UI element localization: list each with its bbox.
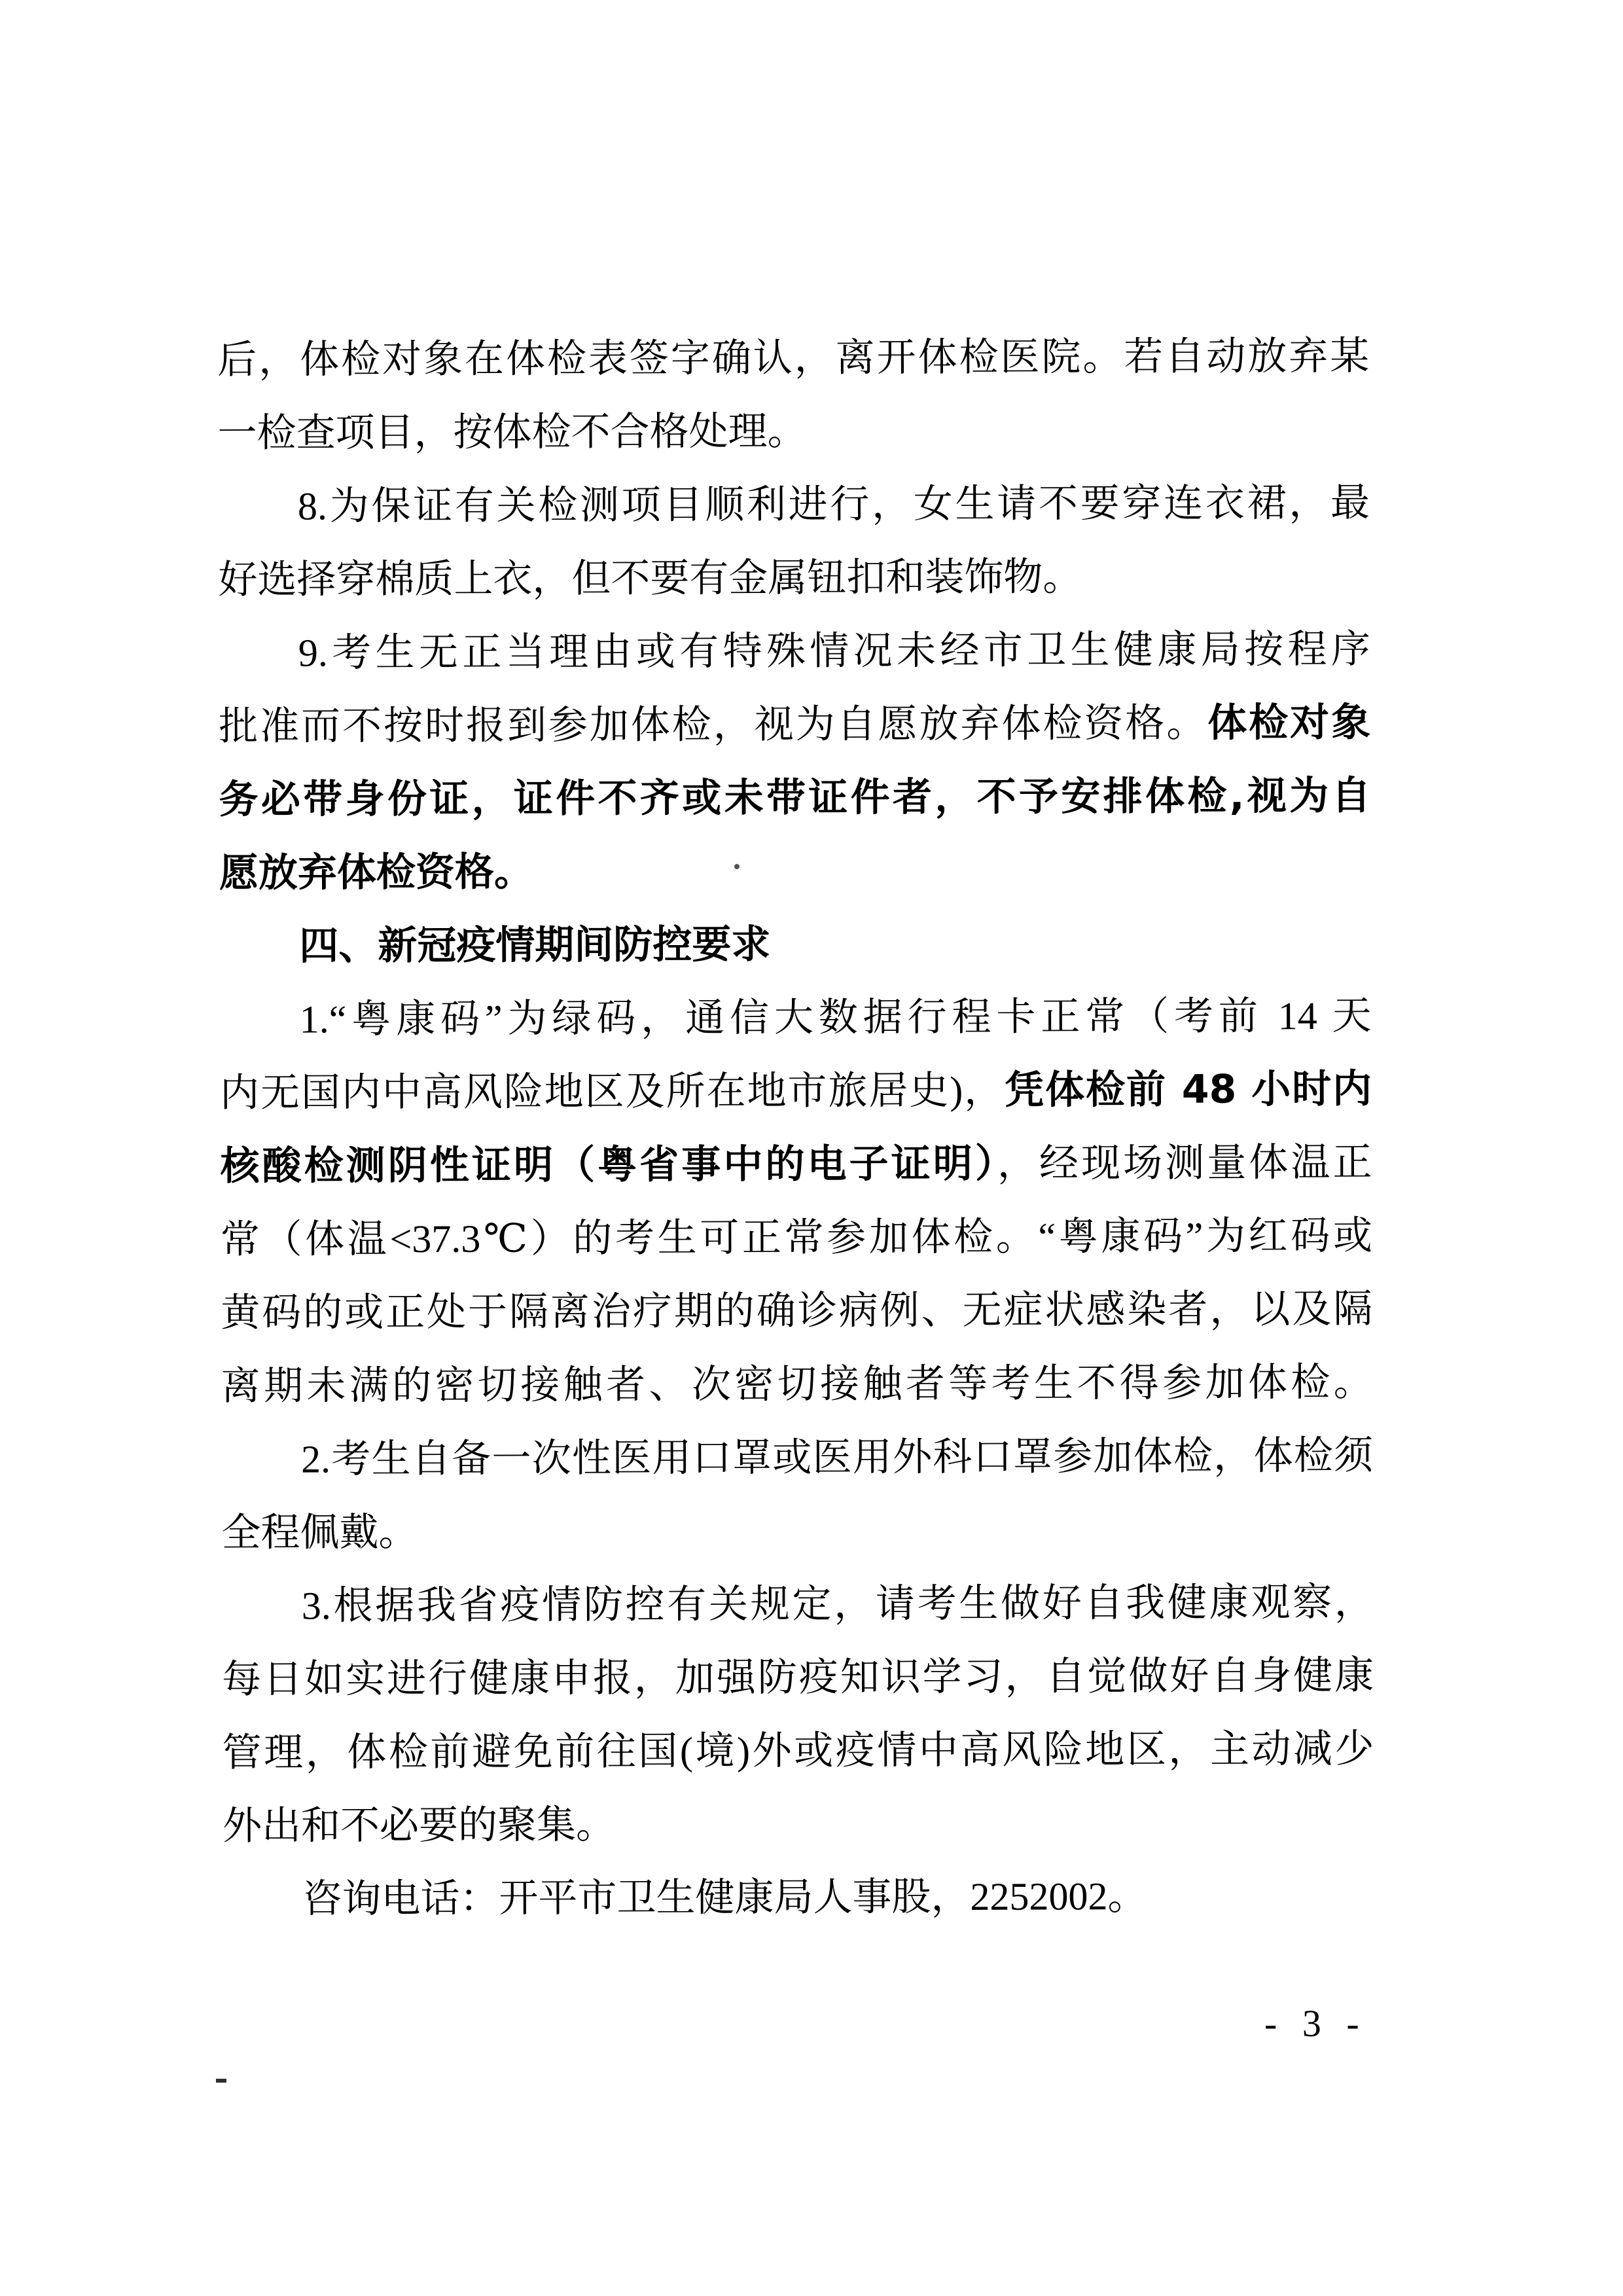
scan-artifact-dash [216, 2079, 226, 2083]
text-line: 务必带身份证，证件不齐或未带证件者，不予安排体检,视为自 [219, 759, 1370, 836]
text-segment: 全程佩戴。 [221, 1511, 418, 1554]
bold-text-segment: 凭体检前 48 小时内 [1005, 1066, 1372, 1113]
text-line: 管理，体检前避免前往国(境)外或疫情中高风险地区，主动减少 [222, 1712, 1374, 1789]
text-segment: 后，体检对象在体检表签字确认，离开体检医院。若自动放弃某 [217, 334, 1369, 382]
text-line: 黄码的或正处于隔离治疗期的确诊病例、无症状感染者，以及隔 [221, 1272, 1372, 1350]
text-line: 离期未满的密切接触者、次密切接触者等考生不得参加体检。 [221, 1346, 1372, 1423]
text-line: 好选择穿棉质上衣，但不要有金属钮扣和装饰物。 [218, 539, 1370, 617]
text-line: 后，体检对象在体检表签字确认，离开体检医院。若自动放弃某 [217, 319, 1369, 397]
bold-text-segment: 愿放弃体检资格。 [219, 849, 533, 896]
text-segment: 9.考生无正当理由或有特殊情况未经市卫生健康局按程序 [298, 628, 1370, 675]
text-segment: 2.考生自备一次性医用口罩或医用外科口罩参加体检，体检须 [301, 1434, 1373, 1481]
text-line: 2.考生自备一次性医用口罩或医用外科口罩参加体检，体检须 [221, 1419, 1373, 1496]
text-line: 9.考生无正当理由或有特殊情况未经市卫生健康局按程序 [219, 613, 1370, 690]
text-segment: 常（体温<37.3℃）的考生可正常参加体检。“粤康码”为红码或 [221, 1214, 1372, 1261]
text-line: 8.为保证有关检测项目顺利进行，女生请不要穿连衣裙，最 [218, 466, 1370, 543]
text-segment: 黄码的或正处于隔离治疗期的确诊病例、无症状感染者，以及隔 [221, 1287, 1372, 1335]
text-line: 四、新冠疫情期间防控要求 [219, 906, 1371, 983]
text-line: 一检查项目，按体检不合格处理。 [217, 393, 1369, 470]
bold-text-segment: 务必带身份证，证件不齐或未带证件者，不予安排体检,视为自 [219, 773, 1370, 823]
scanned-document-page: 后，体检对象在体检表签字确认，离开体检医院。若自动放弃某一检查项目，按体检不合格… [0, 0, 1623, 2296]
text-line: 咨询电话：开平市卫生健康局人事股，2252002。 [223, 1859, 1374, 1936]
text-line: 常（体温<37.3℃）的考生可正常参加体检。“粤康码”为红码或 [221, 1199, 1372, 1276]
text-line: 内无国内中高风险地区及所在地市旅居史)，凭体检前 48 小时内 [220, 1052, 1372, 1130]
text-line: 每日如实进行健康申报，加强防疫知识学习，自觉做好自身健康 [222, 1639, 1374, 1716]
text-segment: ，经现场测量体温正 [997, 1141, 1372, 1185]
bold-text-segment: 体检对象 [1207, 700, 1370, 746]
bold-text-segment: 四、新冠疫情期间防控要求 [299, 922, 770, 969]
text-line: 愿放弃体检资格。 [219, 833, 1371, 910]
text-line: 核酸检测阴性证明（粤省事中的电子证明），经现场测量体温正 [220, 1126, 1372, 1203]
text-segment: 好选择穿棉质上衣，但不要有金属钮扣和装饰物。 [218, 555, 1082, 601]
text-segment: 离期未满的密切接触者、次密切接触者等考生不得参加体检。 [221, 1361, 1373, 1408]
text-line: 1.“粤康码”为绿码，通信大数据行程卡正常（考前 14 天 [220, 979, 1372, 1056]
scan-artifact-dot [734, 864, 740, 869]
text-segment: 咨询电话：开平市卫生健康局人事股，2252002。 [302, 1874, 1147, 1921]
text-segment: 1.“粤康码”为绿码，通信大数据行程卡正常（考前 14 天 [300, 994, 1372, 1041]
text-segment: 一检查项目，按体检不合格处理。 [217, 410, 806, 455]
text-segment: 外出和不必要的聚集。 [223, 1803, 615, 1848]
text-segment: 每日如实进行健康申报，加强防疫知识学习，自觉做好自身健康 [222, 1654, 1374, 1701]
text-segment: 管理，体检前避免前往国(境)外或疫情中高风险地区，主动减少 [223, 1727, 1374, 1774]
text-segment: 8.为保证有关检测项目顺利进行，女生请不要穿连衣裙，最 [298, 481, 1370, 528]
text-line: 3.根据我省疫情防控有关规定，请考生做好自我健康观察， [222, 1566, 1374, 1643]
text-segment: 批准而不按时报到参加体检，视为自愿放弃体检资格。 [219, 702, 1207, 748]
text-line: 外出和不必要的聚集。 [223, 1785, 1374, 1863]
text-line: 批准而不按时报到参加体检，视为自愿放弃体检资格。体检对象 [219, 686, 1370, 763]
text-line: 全程佩戴。 [221, 1492, 1373, 1570]
text-segment: 内无国内中高风险地区及所在地市旅居史)， [220, 1069, 1005, 1115]
page-number: - 3 - [1264, 2001, 1367, 2045]
text-segment: 3.根据我省疫情防控有关规定，请考生做好自我健康观察， [302, 1581, 1374, 1628]
document-body: 后，体检对象在体检表签字确认，离开体检医院。若自动放弃某一检查项目，按体检不合格… [217, 319, 1375, 1936]
bold-text-segment: 核酸检测阴性证明（粤省事中的电子证明） [220, 1141, 997, 1189]
